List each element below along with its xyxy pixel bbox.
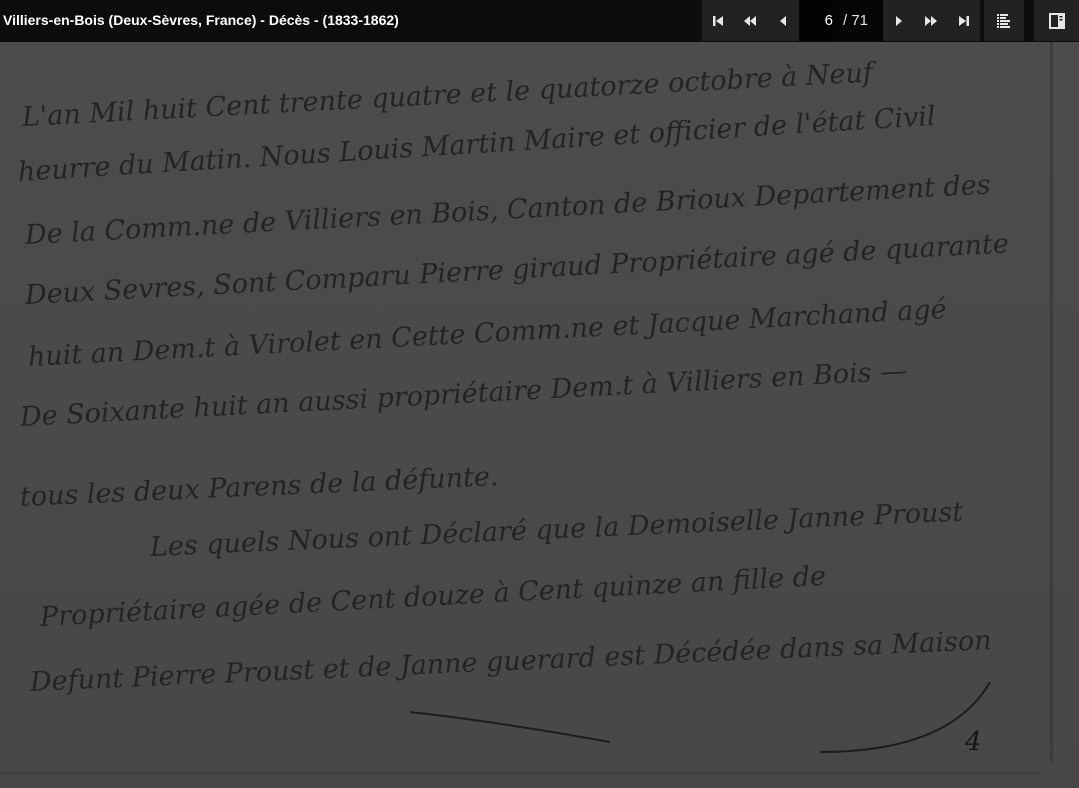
folio-number: 4: [965, 727, 982, 757]
page-total-label: / 71: [837, 12, 868, 29]
list-icon: [996, 13, 1012, 29]
document-viewer[interactable]: L'an Mil huit Cent trente quatre et le q…: [0, 42, 1079, 788]
rewind-button[interactable]: [734, 0, 766, 41]
previous-page-button[interactable]: [767, 0, 799, 41]
manuscript-page-image: L'an Mil huit Cent trente quatre et le q…: [0, 42, 1079, 788]
table-of-contents-button[interactable]: [984, 0, 1024, 41]
fast-forward-button[interactable]: [915, 0, 947, 41]
forward-navigation-group: [883, 0, 980, 41]
page-bottom-edge: [0, 772, 1040, 774]
caret-left-icon: [778, 15, 788, 27]
rewind-icon: [743, 15, 757, 27]
manuscript-line: Propriétaire agée de Cent douze à Cent q…: [39, 561, 826, 633]
skip-to-first-icon: [712, 15, 724, 27]
document-title: Villiers-en-Bois (Deux-Sèvres, France) -…: [3, 12, 399, 28]
manuscript-line: tous les deux Parens de la défunte.: [19, 461, 499, 513]
caret-right-icon: [894, 15, 904, 27]
fast-forward-icon: [924, 15, 938, 27]
flourish-stroke: [380, 662, 1020, 762]
next-page-button[interactable]: [883, 0, 915, 41]
skip-to-last-icon: [958, 15, 970, 27]
manuscript-line: De Soixante huit an aussi propriétaire D…: [19, 356, 908, 433]
first-page-button[interactable]: [702, 0, 734, 41]
top-toolbar: Villiers-en-Bois (Deux-Sèvres, France) -…: [0, 0, 1079, 42]
manuscript-line: Les quels Nous ont Déclaré que la Demois…: [149, 497, 963, 563]
page-indicator: / 71: [799, 0, 883, 41]
page-fold-line: [1050, 42, 1053, 762]
back-navigation-group: [702, 0, 799, 41]
side-panel-icon: [1049, 13, 1065, 29]
page-number-input[interactable]: [799, 0, 837, 41]
toggle-side-panel-button[interactable]: [1034, 0, 1079, 41]
last-page-button[interactable]: [948, 0, 980, 41]
